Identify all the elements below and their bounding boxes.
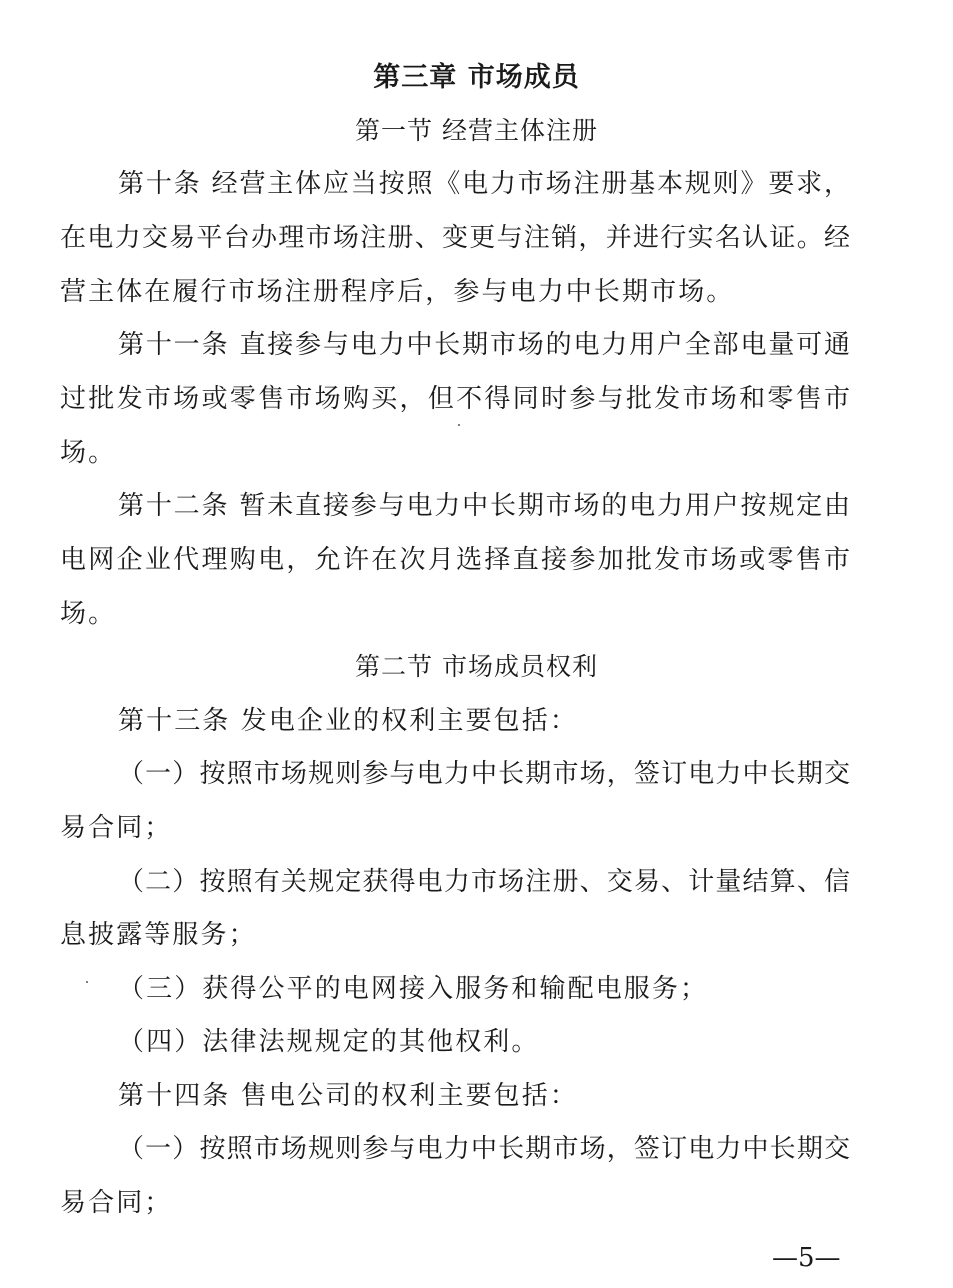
article-12-line-3: 场。: [60, 598, 850, 630]
article-13-item-2-line-2: 息披露等服务；: [60, 919, 850, 951]
article-13-heading: 第十三条 发电企业的权利主要包括：: [118, 705, 850, 737]
scan-speck: [458, 424, 460, 426]
article-11-line-1: 第十一条 直接参与电力中长期市场的电力用户全部电量可通: [118, 329, 850, 361]
article-13-item-3: （三）获得公平的电网接入服务和输配电服务；: [118, 973, 850, 1005]
article-14-heading: 第十四条 售电公司的权利主要包括：: [118, 1080, 850, 1112]
article-13-item-4: （四）法律法规规定的其他权利。: [118, 1026, 850, 1058]
article-13-item-1-line-2: 易合同；: [60, 812, 850, 844]
article-13-item-1-line-1: （一）按照市场规则参与电力中长期市场，签订电力中长期交: [118, 758, 850, 790]
article-10-line-2: 在电力交易平台办理市场注册、变更与注销，并进行实名认证。经: [60, 222, 850, 254]
section-title-1: 第一节 经营主体注册: [0, 115, 953, 147]
page-number: —5—: [772, 1243, 841, 1273]
article-14-item-1-line-2: 易合同；: [60, 1187, 850, 1219]
article-10-line-1: 第十条 经营主体应当按照《电力市场注册基本规则》要求，: [118, 168, 850, 200]
chapter-title: 第三章 市场成员: [0, 62, 953, 94]
article-10-line-3: 营主体在履行市场注册程序后，参与电力中长期市场。: [60, 276, 850, 308]
scan-speck: [86, 981, 88, 983]
article-14-item-1-line-1: （一）按照市场规则参与电力中长期市场，签订电力中长期交: [118, 1133, 850, 1165]
section-title-2: 第二节 市场成员权利: [0, 651, 953, 683]
article-12-line-2: 电网企业代理购电，允许在次月选择直接参加批发市场或零售市: [60, 544, 850, 576]
article-12-line-1: 第十二条 暂未直接参与电力中长期市场的电力用户按规定由: [118, 490, 850, 522]
article-11-line-3: 场。: [60, 437, 850, 469]
article-11-line-2: 过批发市场或零售市场购买，但不得同时参与批发市场和零售市: [60, 383, 850, 415]
article-13-item-2-line-1: （二）按照有关规定获得电力市场注册、交易、计量结算、信: [118, 866, 850, 898]
